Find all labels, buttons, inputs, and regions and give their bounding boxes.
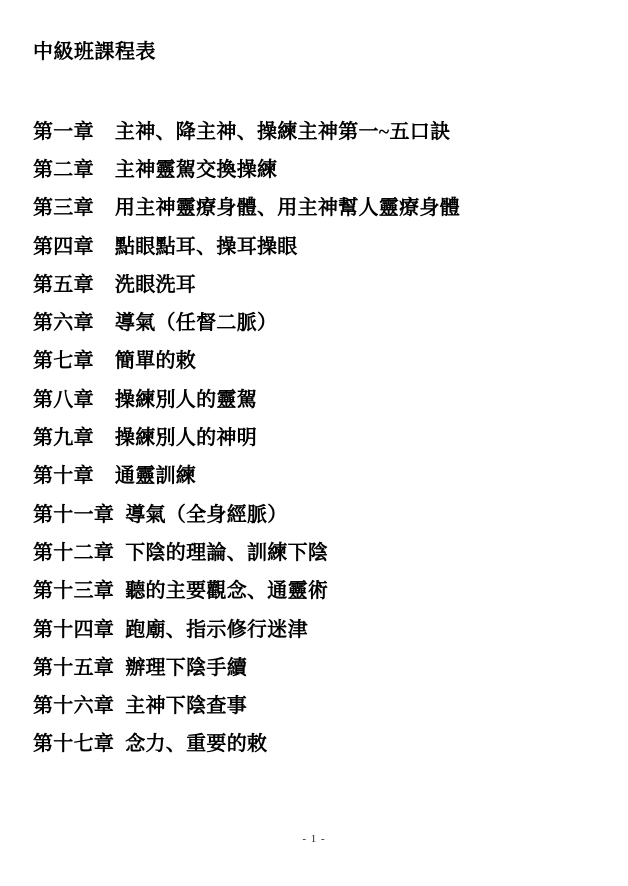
chapter-row: 第十七章 念力、重要的敕 (33, 723, 460, 761)
chapter-number: 第二章 (33, 153, 94, 182)
chapter-title: 點眼點耳、操耳操眼 (115, 230, 298, 259)
chapter-title: 聽的主要觀念、通靈術 (125, 574, 328, 603)
chapter-row: 第十四章 跑廟、指示修行迷津 (33, 608, 460, 646)
chapter-number: 第十五章 (33, 651, 114, 680)
chapter-title: 導氣（全身經脈） (125, 498, 287, 527)
chapter-title: 操練別人的靈駕 (115, 383, 257, 412)
chapter-row: 第十六章 主神下陰查事 (33, 684, 460, 722)
chapter-number: 第三章 (33, 191, 94, 220)
page-number: - 1 - (0, 833, 628, 845)
chapter-list: 第一章 主神、降主神、操練主神第一~五口訣 第二章 主神靈駕交換操練 第三章 用… (33, 110, 460, 761)
chapter-title: 簡單的敕 (115, 344, 196, 373)
chapter-number: 第一章 (33, 115, 94, 144)
chapter-row: 第十五章 辦理下陰手續 (33, 646, 460, 684)
chapter-number: 第十四章 (33, 613, 114, 642)
chapter-row: 第七章 簡單的敕 (33, 340, 460, 378)
chapter-title: 跑廟、指示修行迷津 (125, 613, 308, 642)
chapter-row: 第一章 主神、降主神、操練主神第一~五口訣 (33, 110, 460, 148)
chapter-title: 主神下陰查事 (125, 689, 247, 718)
chapter-title: 辦理下陰手續 (125, 651, 247, 680)
document-page: 中級班課程表 第一章 主神、降主神、操練主神第一~五口訣 第二章 主神靈駕交換操… (0, 0, 628, 886)
chapter-title: 洗眼洗耳 (115, 268, 196, 297)
chapter-number: 第十七章 (33, 727, 114, 756)
chapter-row: 第五章 洗眼洗耳 (33, 263, 460, 301)
chapter-number: 第十章 (33, 459, 94, 488)
chapter-row: 第九章 操練別人的神明 (33, 416, 460, 454)
chapter-number: 第四章 (33, 230, 94, 259)
chapter-number: 第六章 (33, 306, 94, 335)
chapter-number: 第九章 (33, 421, 94, 450)
chapter-row: 第二章 主神靈駕交換操練 (33, 148, 460, 186)
chapter-title: 用主神靈療身體、用主神幫人靈療身體 (115, 191, 460, 220)
chapter-number: 第十二章 (33, 536, 114, 565)
chapter-title: 操練別人的神明 (115, 421, 257, 450)
chapter-number: 第十一章 (33, 498, 114, 527)
document-title: 中級班課程表 (33, 41, 156, 63)
chapter-title: 通靈訓練 (115, 459, 196, 488)
chapter-number: 第十六章 (33, 689, 114, 718)
chapter-row: 第六章 導氣（任督二脈） (33, 301, 460, 339)
chapter-row: 第八章 操練別人的靈駕 (33, 378, 460, 416)
chapter-row: 第十一章 導氣（全身經脈） (33, 493, 460, 531)
chapter-title: 下陰的理論、訓練下陰 (125, 536, 328, 565)
chapter-title: 念力、重要的敕 (125, 727, 267, 756)
chapter-row: 第十章 通靈訓練 (33, 455, 460, 493)
chapter-row: 第四章 點眼點耳、操耳操眼 (33, 225, 460, 263)
chapter-number: 第七章 (33, 344, 94, 373)
chapter-number: 第八章 (33, 383, 94, 412)
chapter-number: 第五章 (33, 268, 94, 297)
chapter-row: 第十三章 聽的主要觀念、通靈術 (33, 570, 460, 608)
chapter-title: 主神、降主神、操練主神第一~五口訣 (115, 115, 451, 144)
chapter-row: 第十二章 下陰的理論、訓練下陰 (33, 531, 460, 569)
chapter-number: 第十三章 (33, 574, 114, 603)
chapter-title: 導氣（任督二脈） (115, 306, 277, 335)
chapter-title: 主神靈駕交換操練 (115, 153, 277, 182)
chapter-row: 第三章 用主神靈療身體、用主神幫人靈療身體 (33, 187, 460, 225)
